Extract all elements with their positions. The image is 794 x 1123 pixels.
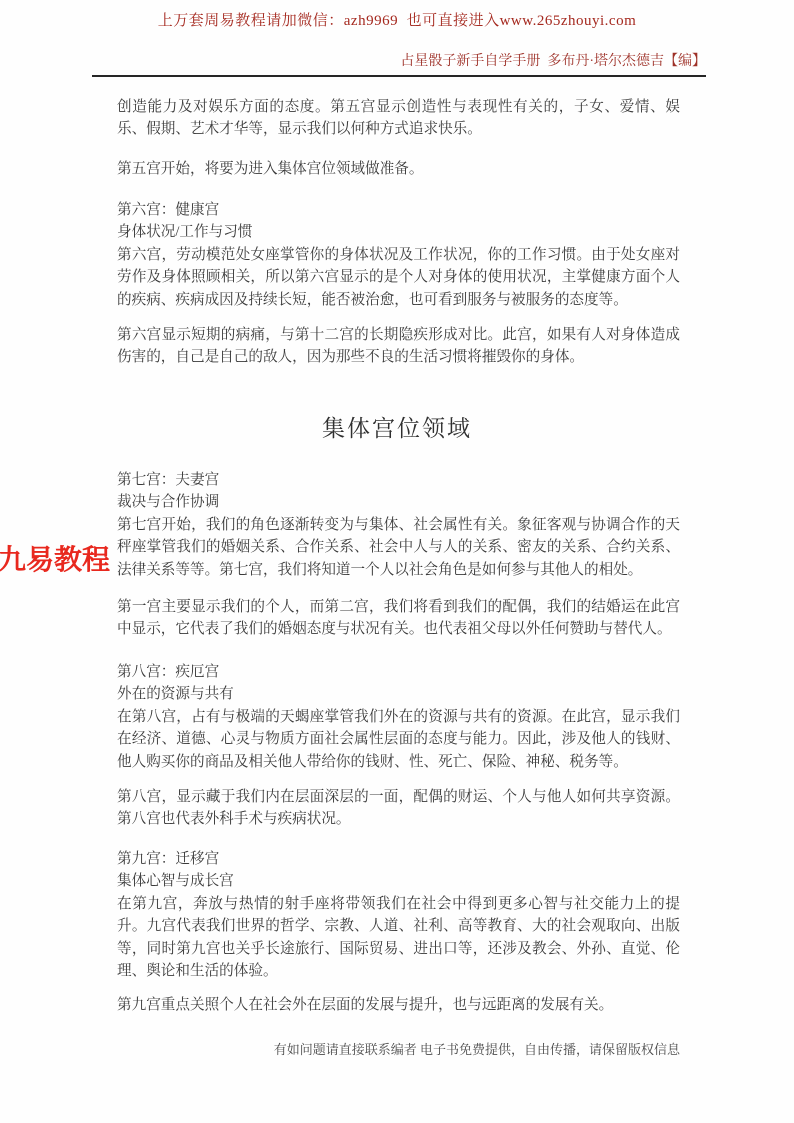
paragraph-house6: 第六宫：健康宫 身体状况/工作与习惯 第六宫，劳动模范处女座掌管你的身体状况及工… — [117, 199, 680, 311]
watermark-jiuyi-jiaocheng: 九易教程 — [0, 543, 110, 577]
paragraph-subheading: 外在的资源与共有 — [117, 683, 680, 705]
paragraph-house5-transition: 第五宫开始，将要为进入集体宫位领域做准备。 — [117, 158, 680, 180]
paragraph-house5-description: 创造能力及对娱乐方面的态度。第五宫显示创造性与表现性有关的，子女、爱情、娱乐、假… — [117, 96, 680, 141]
paragraph-house7-marriage: 第一宫主要显示我们的个人，而第二宫，我们将看到我们的配偶，我们的结婚运在此宫中显… — [117, 596, 680, 641]
paragraph-body: 在第八宫，占有与极端的天蝎座掌管我们外在的资源与共有的资源。在此宫，显示我们在经… — [117, 706, 680, 773]
paragraph-house9: 第九宫：迁移宫 集体心智与成长宫 在第九宫，奔放与热情的射手座将带领我们在社会中… — [117, 848, 680, 982]
paragraph-body: 第六宫，劳动模范处女座掌管你的身体状况及工作状况，你的工作习惯。由于处女座对劳作… — [117, 244, 680, 311]
paragraph-subheading: 身体状况/工作与习惯 — [117, 221, 680, 243]
paragraph-house9-summary: 第九宫重点关照个人在社会外在层面的发展与提升，也与远距离的发展有关。 — [117, 994, 680, 1016]
paragraph-body: 第一宫主要显示我们的个人，而第二宫，我们将看到我们的配偶，我们的结婚运在此宫中显… — [117, 596, 680, 641]
paragraph-subheading: 集体心智与成长宫 — [117, 870, 680, 892]
paragraph-body: 第五宫开始，将要为进入集体宫位领域做准备。 — [117, 158, 680, 180]
paragraph-heading: 第八宫：疾厄宫 — [117, 661, 680, 683]
paragraph-body: 在第九宫，奔放与热情的射手座将带领我们在社会中得到更多心智与社交能力上的提升。九… — [117, 893, 680, 983]
paragraph-body: 第六宫显示短期的病痛，与第十二宫的长期隐疾形成对比。此宫，如果有人对身体造成伤害… — [117, 324, 680, 369]
paragraph-body: 第七宫开始，我们的角色逐渐转变为与集体、社会属性有关。象征客观与协调合作的天秤座… — [117, 514, 680, 581]
paragraph-body: 第八宫，显示藏于我们内在层面深层的一面，配偶的财运、个人与他人如何共享资源。第八… — [117, 786, 680, 831]
promo-header: 上万套周易教程请加微信：azh9969 也可直接进入www.265zhouyi.… — [0, 9, 794, 33]
paragraph-house6-contrast: 第六宫显示短期的病痛，与第十二宫的长期隐疾形成对比。此宫，如果有人对身体造成伤害… — [117, 324, 680, 369]
paragraph-heading: 第七宫：夫妻宫 — [117, 469, 680, 491]
footer-copyright-note: 有如问题请直接联系编者 电子书免费提供，自由传播，请保留版权信息 — [117, 1041, 680, 1059]
section-title: 集体宫位领域 — [0, 413, 794, 445]
paragraph-house7: 第七宫：夫妻宫 裁决与合作协调 第七宫开始，我们的角色逐渐转变为与集体、社会属性… — [117, 469, 680, 581]
paragraph-heading: 第六宫：健康宫 — [117, 199, 680, 221]
paragraph-body: 创造能力及对娱乐方面的态度。第五宫显示创造性与表现性有关的，子女、爱情、娱乐、假… — [117, 96, 680, 141]
paragraph-heading: 第九宫：迁移宫 — [117, 848, 680, 870]
paragraph-house8: 第八宫：疾厄宫 外在的资源与共有 在第八宫，占有与极端的天蝎座掌管我们外在的资源… — [117, 661, 680, 773]
running-title-header: 占星骰子新手自学手册 多布丹·塔尔杰德吉【编】 — [92, 52, 706, 77]
document-page: 上万套周易教程请加微信：azh9969 也可直接进入www.265zhouyi.… — [0, 0, 794, 1123]
paragraph-house8-deep: 第八宫，显示藏于我们内在层面深层的一面，配偶的财运、个人与他人如何共享资源。第八… — [117, 786, 680, 831]
paragraph-subheading: 裁决与合作协调 — [117, 491, 680, 513]
paragraph-body: 第九宫重点关照个人在社会外在层面的发展与提升，也与远距离的发展有关。 — [117, 994, 680, 1016]
